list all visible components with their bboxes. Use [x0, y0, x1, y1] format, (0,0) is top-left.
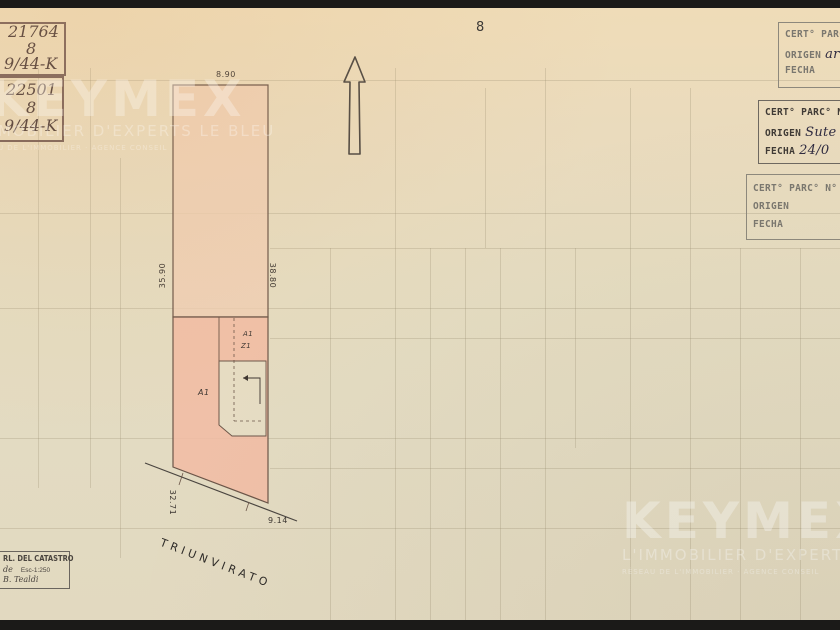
zone-label-small-2: Z1 [241, 342, 251, 350]
zone-label-main: A1 [198, 388, 210, 397]
watermark-tagline: L'IMMOBILIER D'EXPERTS LE BLEU [622, 546, 840, 564]
catastro-stamp: RL. DEL CATASTRO deEsc-1:250 B. Tealdi [0, 551, 70, 589]
dimension-right-side: 38.80 [268, 263, 277, 288]
dimension-left-side: 35.90 [158, 263, 167, 288]
watermark-subtitle: RÉSEAU DE L'IMMOBILIER · AGENCE CONSEIL [0, 144, 167, 152]
catastro-handwriting: de [3, 565, 13, 574]
watermark-subtitle: RÉSEAU DE L'IMMOBILIER · AGENCE CONSEIL [622, 568, 819, 576]
watermark-logo: KEYMEX [622, 492, 840, 550]
scan-border [0, 620, 840, 630]
dimension-street-front: 9.14 [268, 516, 288, 525]
watermark-logo: KEYMEX [0, 70, 246, 128]
watermark-tagline: L'IMMOBILIER D'EXPERTS LE BLEU [0, 122, 275, 140]
cadastral-plan-sheet: 8 21764 8 9/44-K 22501 8 9/44-K CERT° PA… [0, 8, 840, 622]
catastro-scale: Esc-1:250 [21, 567, 50, 574]
dimension-corner: 32.71 [168, 490, 177, 515]
catastro-signature: B. Tealdi [3, 575, 38, 584]
zone-label-small-1: A1 [243, 330, 253, 338]
catastro-title: RL. DEL CATASTRO [3, 554, 74, 563]
catastro-scale-row: deEsc-1:250 [3, 565, 50, 574]
